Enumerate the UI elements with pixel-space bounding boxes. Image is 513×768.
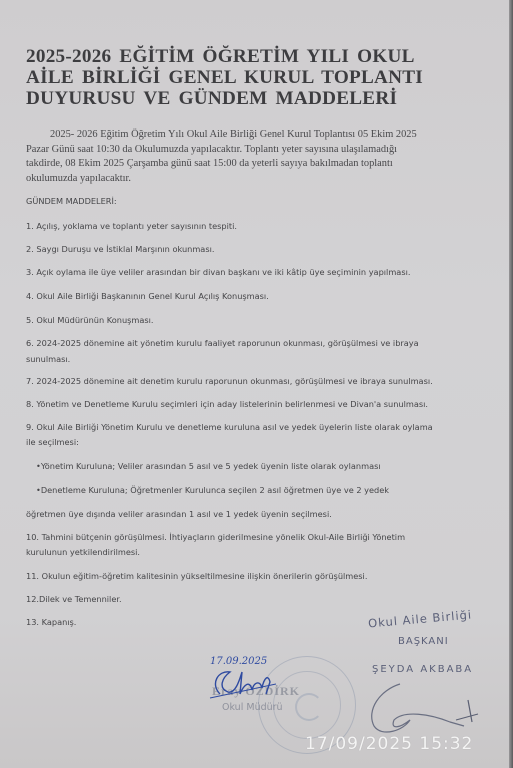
agenda-item: 1. Açılış, yoklama ve toplantı yeter say…: [26, 220, 446, 233]
intro-line: 2025- 2026 Eğitim Öğretim Yılı Okul Aile…: [26, 128, 456, 143]
agenda-item: 4. Okul Aile Birliği Başkanının Genel Ku…: [26, 290, 446, 303]
agenda-sub-item: •Denetleme Kuruluna; Öğretmenler Kurulun…: [36, 484, 456, 497]
title-line: 2025-2026 EĞİTİM ÖĞRETİM YILI OKUL: [26, 46, 456, 67]
agenda-item: 10. Tahmini bütçenin görüşülmesi. İhtiya…: [26, 531, 446, 544]
agenda-item: 9. Okul Aile Birliği Yönetim Kurulu ve d…: [26, 421, 446, 434]
director-signature-icon: [206, 664, 286, 704]
intro-line: takdirde, 08 Ekim 2025 Çarşamba günü saa…: [26, 157, 456, 172]
intro-line: Pazar Günü saat 10:30 da Okulumuzda yapı…: [26, 143, 456, 158]
paper-edge-shadow: [509, 0, 513, 768]
agenda-item: 11. Okulun eğitim-öğretim kalitesinin yü…: [26, 570, 446, 583]
agenda-item: 8. Yönetim ve Denetleme Kurulu seçimleri…: [26, 398, 446, 411]
agenda-heading: GÜNDEM MADDELERİ:: [26, 196, 117, 206]
agenda-item: 6. 2024-2025 dönemine ait yönetim kurulu…: [26, 337, 446, 350]
president-signature-icon: [360, 680, 490, 740]
agenda-item-continued: sunulması.: [26, 353, 446, 366]
agenda-item: 12.Dilek ve Temenniler.: [26, 593, 446, 606]
agenda-item: 2. Saygı Duruşu ve İstiklal Marşının oku…: [26, 243, 446, 256]
agenda-item-continued: kurulunun yetkilendirilmesi.: [26, 546, 446, 559]
photo-timestamp: 17/09/2025 15:32: [305, 734, 473, 754]
document-title: 2025-2026 EĞİTİM ÖĞRETİM YILI OKUL AİLE …: [26, 46, 456, 109]
agenda-item: 5. Okul Müdürünün Konuşması.: [26, 314, 446, 327]
president-name-handwritten: ŞEYDA AKBABA: [372, 664, 473, 675]
agenda-item-continued: ile seçilmesi:: [26, 436, 446, 449]
president-title-handwritten: BAŞKANI: [398, 636, 449, 647]
agenda-item: 3. Açık oylama ile üye veliler arasından…: [26, 266, 446, 279]
intro-line: okulumuzda yapılacaktır.: [26, 172, 456, 187]
title-line: AİLE BİRLİĞİ GENEL KURUL TOPLANTI: [26, 67, 456, 88]
agenda-item-continued: öğretmen üye dışında veliler arasından 1…: [26, 508, 446, 521]
title-line: DUYURUSU VE GÜNDEM MADDELERİ: [26, 88, 456, 109]
intro-paragraph: 2025- 2026 Eğitim Öğretim Yılı Okul Aile…: [26, 128, 456, 186]
agenda-item: 7. 2024-2025 dönemine ait denetim kurulu…: [26, 375, 446, 388]
agenda-sub-item: •Yönetim Kuruluna; Veliler arasından 5 a…: [36, 460, 456, 473]
